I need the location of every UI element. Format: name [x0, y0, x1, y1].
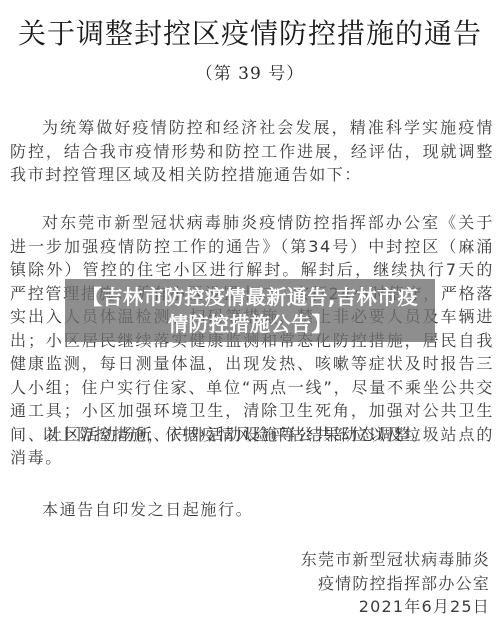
paragraph-intro: 为统筹做好疫情防控和经济社会发展，精准科学实施疫情防控，结合我市疫情形势和防控工…	[10, 116, 494, 187]
paragraph-effective-date: 本通告自印发之日起施行。	[10, 498, 494, 522]
caption-overlay: 【吉林市防控疫情最新通告,吉林市疫情防控措施公告】	[65, 279, 435, 342]
document-title: 关于调整封控区疫情防控措施的通告	[0, 14, 500, 54]
signature-org-line2: 疫情防控指挥部办公室	[301, 572, 490, 596]
signature-date: 2021年6月25日	[301, 595, 490, 619]
signature-block: 东莞市新型冠状病毒肺炎 疫情防控指挥部办公室 2021年6月25日	[301, 548, 490, 619]
paragraph-dynamic-adjustment: 以上防控措施，依据疫情风险评估结果动态调整。	[10, 423, 494, 447]
caption-overlay-text: 【吉林市防控疫情最新通告,吉林市疫情防控措施公告】	[73, 284, 427, 338]
signature-org-line1: 东莞市新型冠状病毒肺炎	[301, 548, 490, 572]
issue-number: （第 39 号）	[0, 62, 500, 86]
